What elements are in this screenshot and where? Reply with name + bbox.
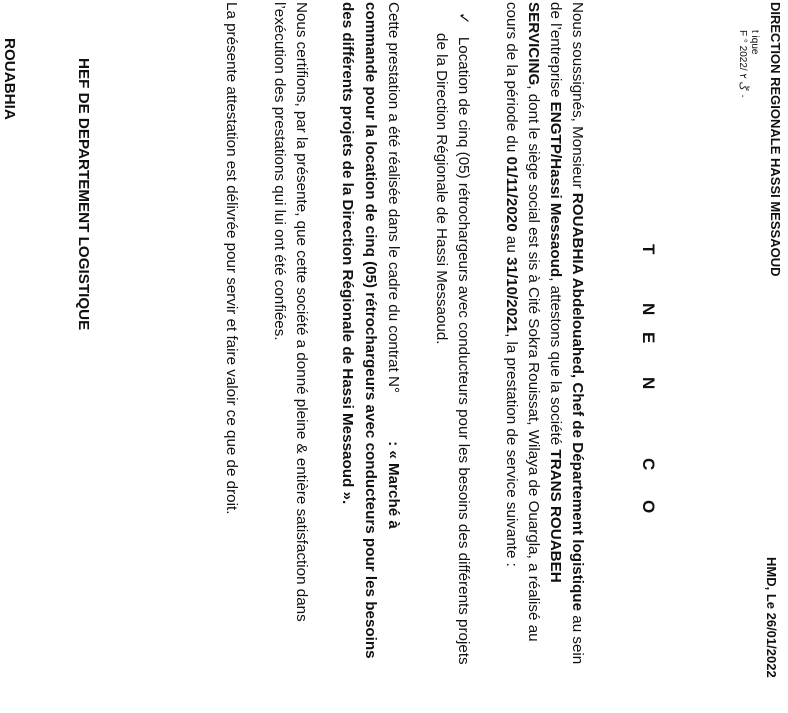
paragraph-3-line-2: l’exécution des prestations qui lui ont …	[270, 2, 288, 341]
bullet-item: ✓ Location de cinq (05) rétrochargeurs a…	[454, 12, 472, 665]
title-letter: O	[638, 500, 658, 513]
attestation-page: DIRECTION REGIONALE HASSI MESSAOUD t iqu…	[0, 0, 788, 713]
paragraph-1-line-3: SERVICING, dont le siège social est sis …	[524, 2, 542, 642]
paragraph-2-line-1: Cette prestation a été réalisée dans le …	[384, 2, 402, 529]
title-letter: T	[638, 244, 658, 254]
title-letter: C	[638, 458, 658, 470]
paragraph-2-line-3: des différents projets de la Direction R…	[338, 2, 356, 504]
paragraph-1-line-4: cours de la période du 01/11/2020 au 31/…	[502, 2, 520, 567]
title-letter: N	[638, 377, 658, 389]
title-letter: N	[638, 303, 658, 315]
signature-name: ROUABHIA	[0, 38, 18, 120]
org-header: DIRECTION REGIONALE HASSI MESSAOUD	[766, 2, 784, 276]
paragraph-2-line-2: commande pour la location de cinq (05) r…	[361, 2, 379, 659]
paragraph-1-line-2: de l’entreprise ENGTP/Hassi Messaoud, at…	[546, 2, 564, 583]
paragraph-3-line-1: Nous certifions, par la présente, que ce…	[292, 2, 310, 622]
signature-role: HEF DE DEPARTEMENT LOGISTIQUE	[74, 58, 92, 330]
paragraph-4: La présente attestation est délivrée pou…	[222, 2, 240, 514]
header-sub-line-2: F ° ٠ ڴ ٢ /2022	[737, 30, 748, 99]
paragraph-1-line-1: Nous soussignés, Monsieur ROUABHIA Abdel…	[568, 2, 586, 664]
bullet-item-line-2: de la Direction Régionale de Hassi Messa…	[432, 33, 450, 345]
checkmark-icon: ✓	[455, 12, 472, 25]
header-sub-line-1: t ique	[749, 30, 760, 54]
place-date: HMD, Le 26/01/2022	[762, 557, 780, 678]
title-letter: E	[638, 332, 658, 343]
